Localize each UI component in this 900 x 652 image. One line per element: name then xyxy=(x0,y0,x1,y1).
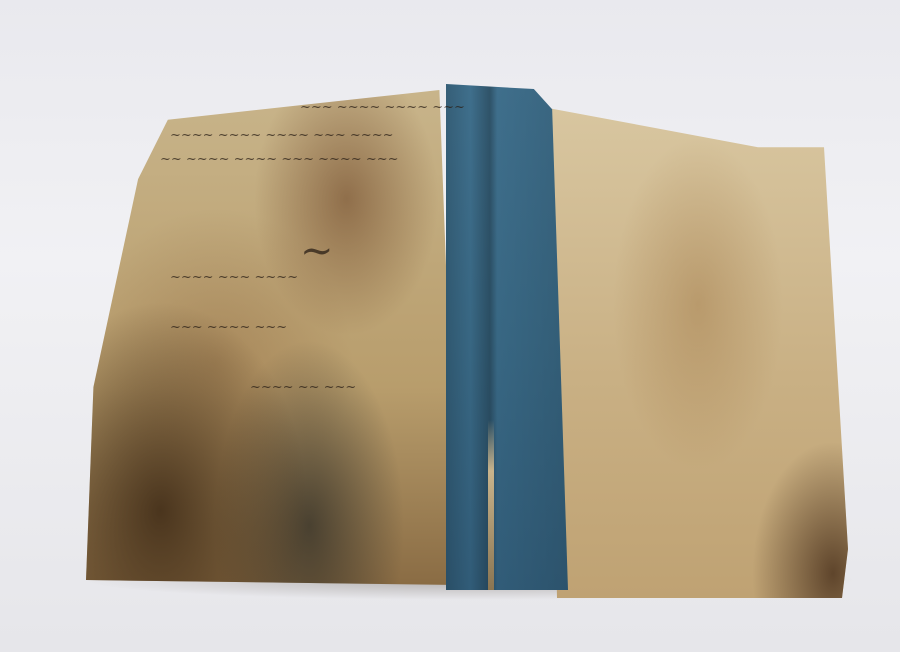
spine-tear xyxy=(488,420,494,590)
handwriting-line: ~~~~ ~~~ ~~~~ xyxy=(170,270,298,285)
blue-spine xyxy=(446,84,568,590)
handwriting-line: ~~~ ~~~~ ~~~~ ~~~ xyxy=(300,100,465,115)
handwriting-line: ~~~ ~~ ~~~~ xyxy=(250,380,356,395)
handwriting-line: ~~~ ~~~~ ~~~ ~~~~ ~~~~ ~~ xyxy=(160,152,399,167)
handwriting-line: ~~~~ ~~~ ~~~~ ~~~~ ~~~~ xyxy=(170,128,394,143)
handwriting-large: ~ xyxy=(300,228,334,274)
right-cover-page xyxy=(548,108,848,598)
handwriting-line: ~~~ ~~~~ ~~~ xyxy=(170,320,287,335)
